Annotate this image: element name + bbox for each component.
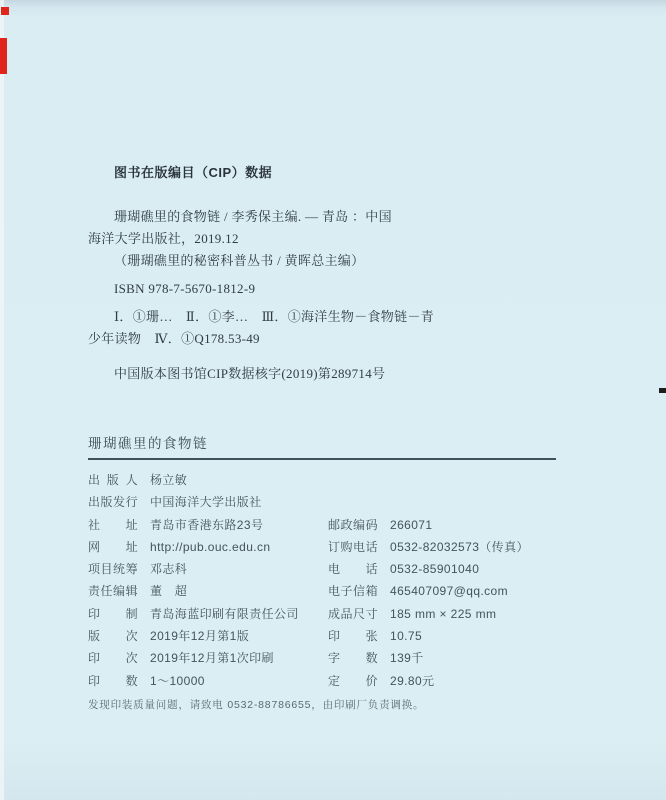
row-label: 印张 bbox=[328, 625, 378, 647]
cip-paragraphs: 珊瑚礁里的食物链 / 李秀保主编. — 青岛 ：中国海洋大学出版社，2019.1… bbox=[88, 206, 574, 385]
row-value: 2019年12月第1版 bbox=[150, 625, 249, 647]
colophon-row-right: 邮政编码266071 bbox=[328, 514, 432, 536]
cip-line: Ⅰ．①珊… Ⅱ．①李… Ⅲ．①海洋生物－食物链－青 bbox=[88, 306, 574, 328]
cip-line: ISBN 978-7-5670-1812-9 bbox=[88, 278, 574, 300]
colophon-row: 项目统筹邓志科电话0532-85901040 bbox=[88, 558, 558, 580]
row-value: 中国海洋大学出版社 bbox=[150, 491, 262, 513]
cip-line: 珊瑚礁里的食物链 / 李秀保主编. — 青岛 ：中国 bbox=[88, 206, 574, 228]
colophon-row-left: 印数1～10000 bbox=[88, 670, 328, 692]
row-label: 定价 bbox=[328, 670, 378, 692]
colophon-row-right: 定价29.80元 bbox=[328, 670, 434, 692]
row-value: 青岛海蓝印刷有限责任公司 bbox=[150, 603, 299, 625]
colophon-row-left: 印次2019年12月第1次印刷 bbox=[88, 647, 328, 669]
book-copyright-page: 图书在版编目（CIP）数据 珊瑚礁里的食物链 / 李秀保主编. — 青岛 ：中国… bbox=[0, 0, 666, 800]
cip-block: 图书在版编目（CIP）数据 珊瑚礁里的食物链 / 李秀保主编. — 青岛 ：中国… bbox=[88, 162, 574, 385]
colophon-row-left: 出版人杨立敏 bbox=[88, 469, 328, 491]
row-value: 0532-85901040 bbox=[390, 558, 479, 580]
row-value: 董 超 bbox=[150, 580, 187, 602]
colophon-row-left: 社址青岛市香港东路23号 bbox=[88, 514, 328, 536]
colophon-row-left: 版次2019年12月第1版 bbox=[88, 625, 328, 647]
row-value: 青岛市香港东路23号 bbox=[150, 514, 263, 536]
footer-note: 发现印装质量问题，请致电 0532-88786655，由印刷厂负责调换。 bbox=[88, 697, 424, 712]
colophon-row-right: 字数139千 bbox=[328, 647, 424, 669]
row-label: 版次 bbox=[88, 625, 138, 647]
row-label: 成品尺寸 bbox=[328, 603, 378, 625]
colophon-row-right: 印张10.75 bbox=[328, 625, 422, 647]
colophon-row: 网址http://pub.ouc.edu.cn订购电话0532-82032573… bbox=[88, 536, 558, 558]
colophon-row-left: 网址http://pub.ouc.edu.cn bbox=[88, 536, 328, 558]
row-label: 电话 bbox=[328, 558, 378, 580]
black-registration-mark bbox=[659, 388, 666, 393]
colophon-row-right: 订购电话0532-82032573（传真） bbox=[328, 536, 529, 558]
row-label: 出版发行 bbox=[88, 491, 138, 513]
red-registration-mark bbox=[1, 7, 9, 15]
row-value: 0532-82032573（传真） bbox=[390, 536, 529, 558]
row-value: 2019年12月第1次印刷 bbox=[150, 647, 274, 669]
colophon-row-right: 成品尺寸185 mm × 225 mm bbox=[328, 603, 496, 625]
cip-line: 中国版本图书馆CIP数据核字(2019)第289714号 bbox=[88, 363, 574, 385]
colophon-row: 社址青岛市香港东路23号邮政编码266071 bbox=[88, 514, 558, 536]
row-value: 邓志科 bbox=[150, 558, 187, 580]
row-label: 印次 bbox=[88, 647, 138, 669]
row-value: 1～10000 bbox=[150, 670, 205, 692]
row-value: 29.80元 bbox=[390, 670, 434, 692]
colophon-row: 出版发行中国海洋大学出版社 bbox=[88, 491, 558, 513]
row-label: 电子信箱 bbox=[328, 580, 378, 602]
cip-line: 少年读物 Ⅳ．①Q178.53-49 bbox=[88, 328, 574, 350]
cip-line: （珊瑚礁里的秘密科普丛书 / 黄晖总主编） bbox=[88, 250, 574, 272]
row-value: 185 mm × 225 mm bbox=[390, 603, 496, 625]
row-value: 465407097@qq.com bbox=[390, 580, 508, 602]
colophon-row: 印数1～10000定价29.80元 bbox=[88, 670, 558, 692]
colophon-row-left: 责任编辑董 超 bbox=[88, 580, 328, 602]
row-label: 订购电话 bbox=[328, 536, 378, 558]
book-title: 珊瑚礁里的食物链 bbox=[88, 432, 558, 452]
cip-header: 图书在版编目（CIP）数据 bbox=[114, 162, 574, 184]
row-value: 266071 bbox=[390, 514, 432, 536]
colophon-row-right: 电话0532-85901040 bbox=[328, 558, 479, 580]
row-value: 10.75 bbox=[390, 625, 422, 647]
colophon-rows: 出版人杨立敏出版发行中国海洋大学出版社社址青岛市香港东路23号邮政编码26607… bbox=[88, 469, 558, 692]
cip-paragraph: 中国版本图书馆CIP数据核字(2019)第289714号 bbox=[88, 363, 574, 385]
colophon-row-left: 项目统筹邓志科 bbox=[88, 558, 328, 580]
colophon-block: 珊瑚礁里的食物链 出版人杨立敏出版发行中国海洋大学出版社社址青岛市香港东路23号… bbox=[88, 432, 558, 692]
row-label: 社址 bbox=[88, 514, 138, 536]
cip-line: 海洋大学出版社，2019.12 bbox=[88, 228, 574, 250]
colophon-row-right: 电子信箱465407097@qq.com bbox=[328, 580, 508, 602]
row-label: 出版人 bbox=[88, 469, 138, 491]
colophon-row: 责任编辑董 超电子信箱465407097@qq.com bbox=[88, 580, 558, 602]
row-label: 项目统筹 bbox=[88, 558, 138, 580]
title-divider-rule bbox=[88, 458, 556, 460]
row-label: 印数 bbox=[88, 670, 138, 692]
cip-paragraph: 珊瑚礁里的食物链 / 李秀保主编. — 青岛 ：中国海洋大学出版社，2019.1… bbox=[88, 206, 574, 272]
red-registration-bar bbox=[0, 38, 7, 74]
colophon-row: 印次2019年12月第1次印刷字数139千 bbox=[88, 647, 558, 669]
colophon-row-left: 出版发行中国海洋大学出版社 bbox=[88, 491, 328, 513]
colophon-row: 出版人杨立敏 bbox=[88, 469, 558, 491]
page-edge-strip bbox=[0, 0, 4, 800]
row-label: 印制 bbox=[88, 603, 138, 625]
row-value: 139千 bbox=[390, 647, 424, 669]
cip-paragraph: ISBN 978-7-5670-1812-9 bbox=[88, 278, 574, 300]
row-label: 责任编辑 bbox=[88, 580, 138, 602]
colophon-row-left: 印制青岛海蓝印刷有限责任公司 bbox=[88, 603, 328, 625]
cip-paragraph: Ⅰ．①珊… Ⅱ．①李… Ⅲ．①海洋生物－食物链－青少年读物 Ⅳ．①Q178.53… bbox=[88, 306, 574, 350]
row-value: 杨立敏 bbox=[150, 469, 187, 491]
row-label: 字数 bbox=[328, 647, 378, 669]
colophon-row: 版次2019年12月第1版印张10.75 bbox=[88, 625, 558, 647]
row-label: 网址 bbox=[88, 536, 138, 558]
row-label: 邮政编码 bbox=[328, 514, 378, 536]
row-value: http://pub.ouc.edu.cn bbox=[150, 536, 270, 558]
colophon-row: 印制青岛海蓝印刷有限责任公司成品尺寸185 mm × 225 mm bbox=[88, 603, 558, 625]
